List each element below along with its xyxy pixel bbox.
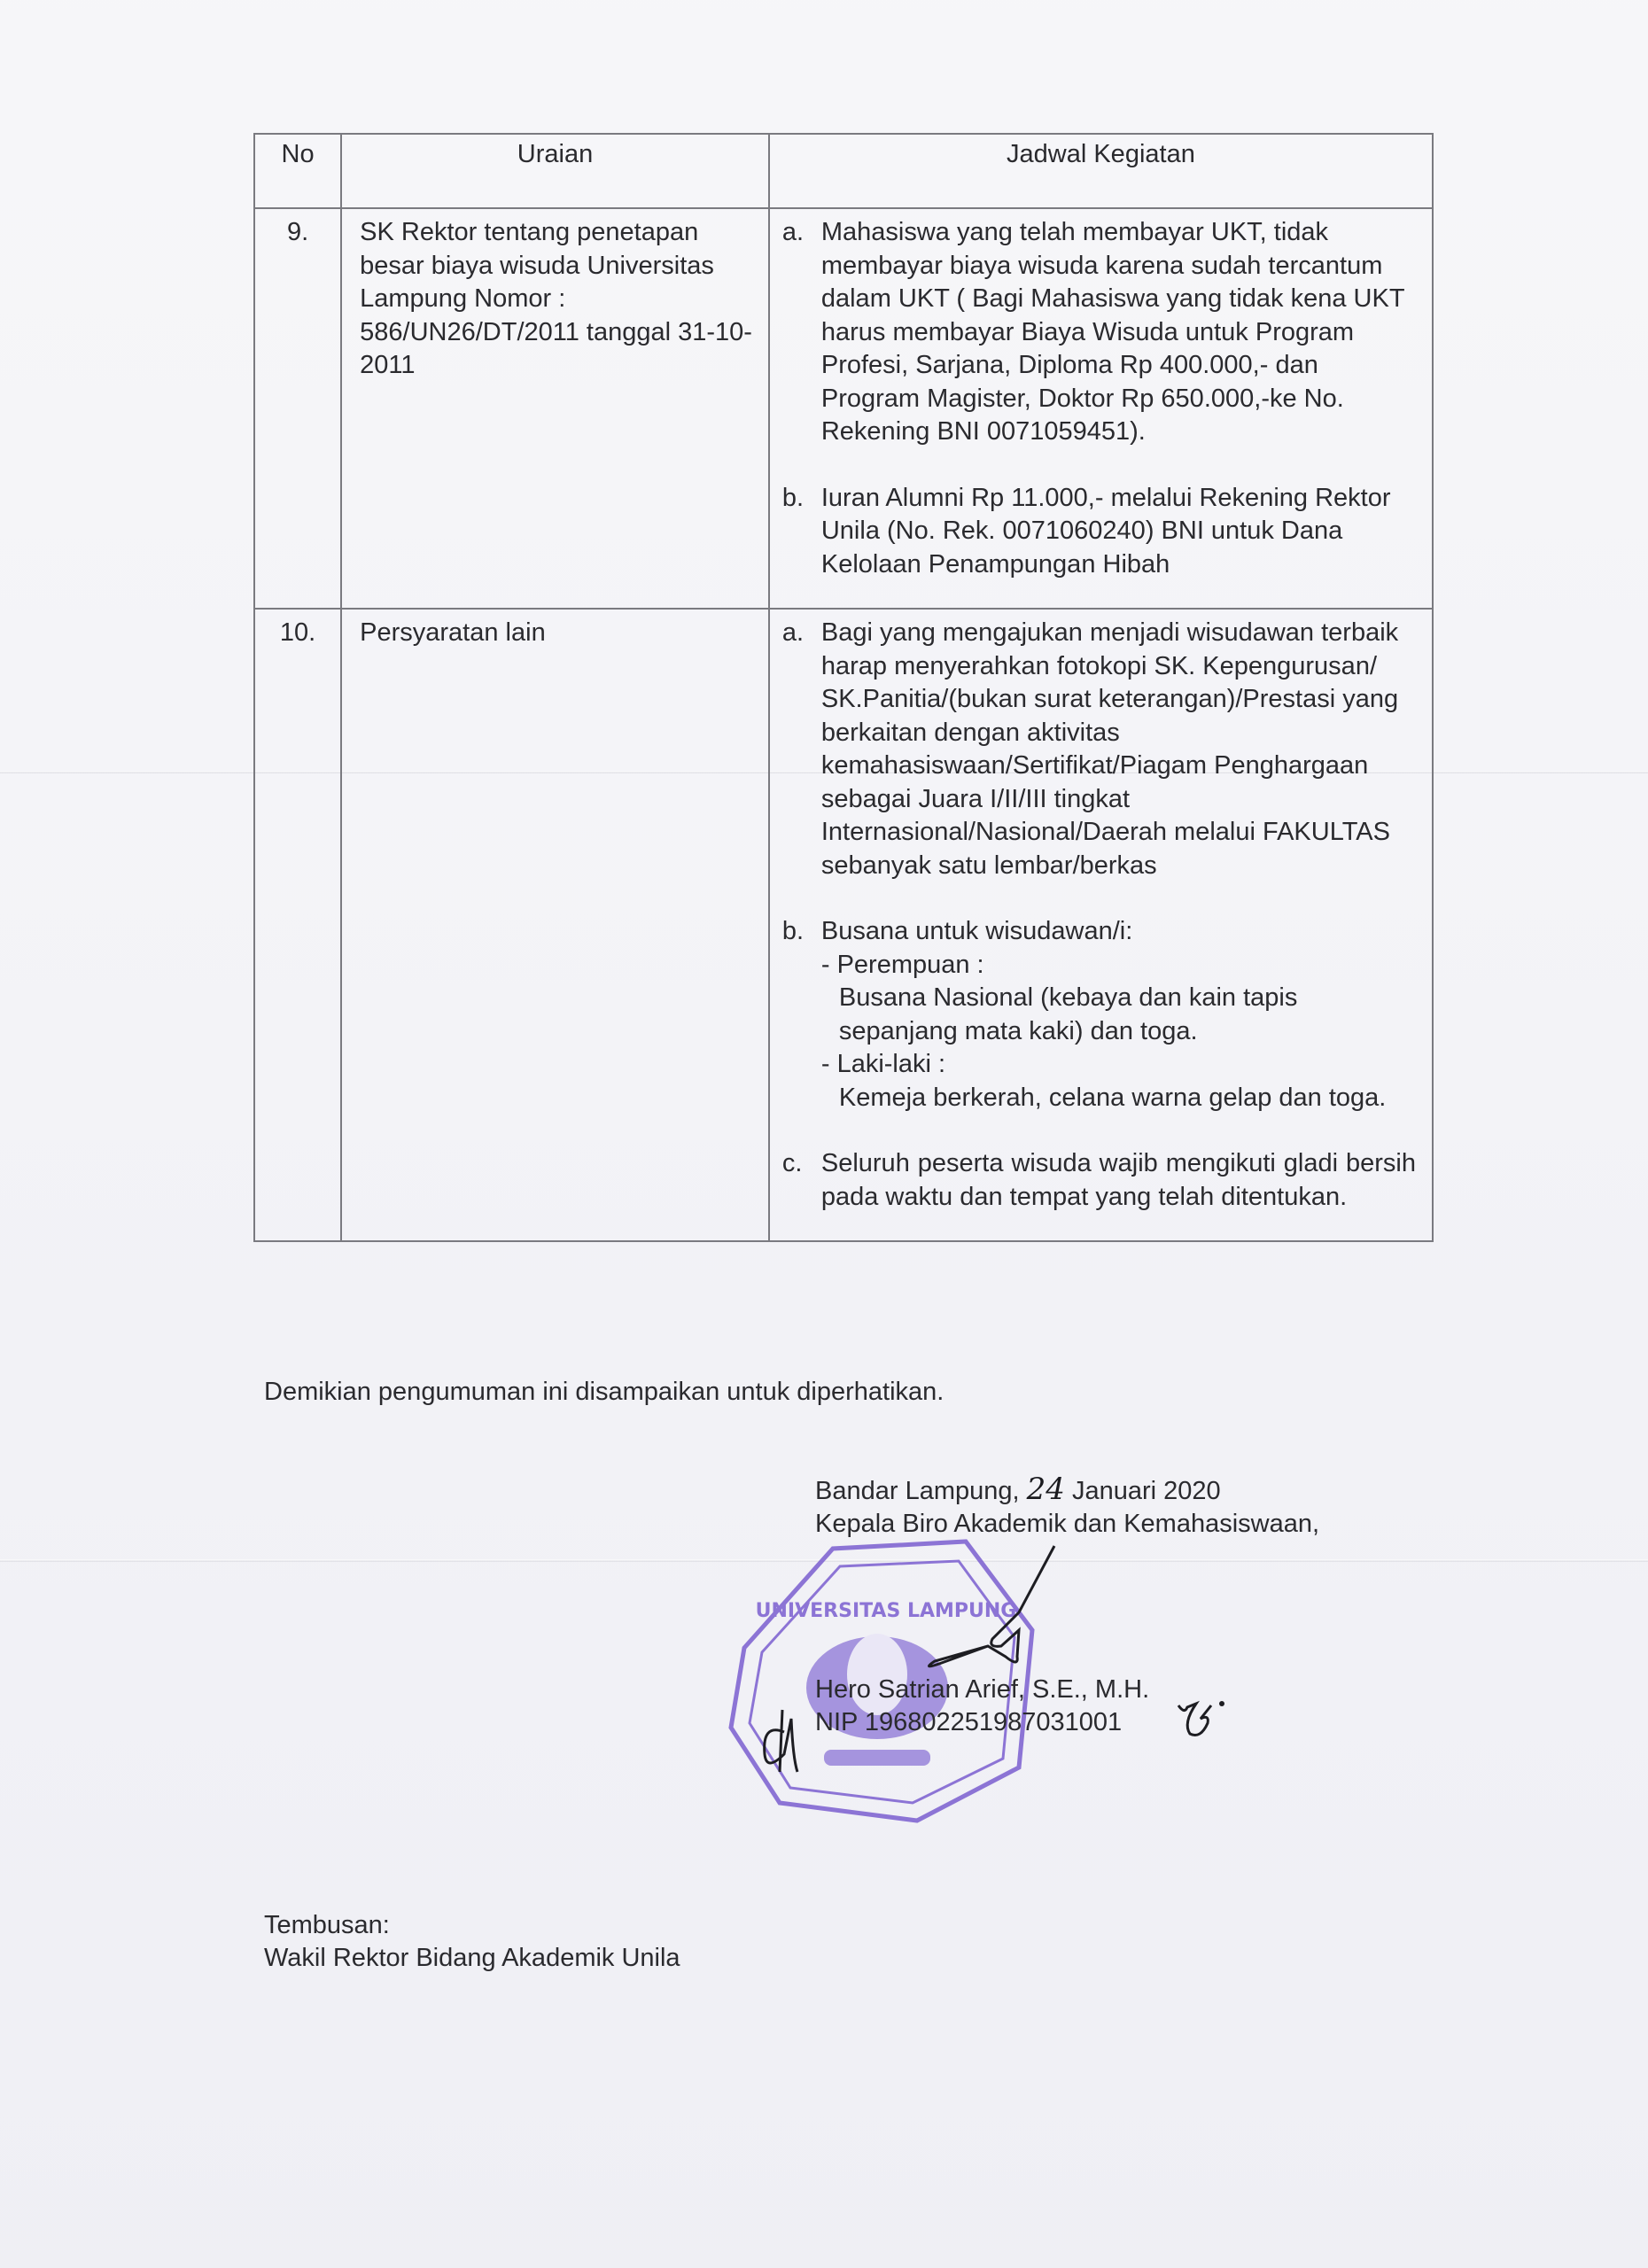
header-uraian: Uraian	[341, 134, 769, 208]
closing-statement: Demikian pengumuman ini disampaikan untu…	[264, 1378, 944, 1407]
handwritten-day: 24	[1027, 1472, 1065, 1507]
carbon-copy: Tembusan: Wakil Rektor Bidang Akademik U…	[264, 1909, 680, 1975]
handwritten-signature-icon	[886, 1542, 1063, 1683]
list-item-attire: b. Busana untuk wisudawan/i: - Perempuan…	[782, 915, 1416, 1115]
cc-recipient: Wakil Rektor Bidang Akademik Unila	[264, 1942, 680, 1975]
initial-mark-icon	[1174, 1697, 1227, 1741]
row-schedule: a. Bagi yang mengajukan menjadi wisudawa…	[769, 609, 1433, 1241]
schedule-table: No Uraian Jadwal Kegiatan 9. SK Rektor t…	[253, 133, 1434, 1242]
list-item: a. Bagi yang mengajukan menjadi wisudawa…	[782, 617, 1416, 882]
header-no: No	[254, 134, 341, 208]
male-attire-label: - Laki-laki :	[821, 1048, 1416, 1082]
table-row: 10. Persyaratan lain a. Bagi yang mengaj…	[254, 609, 1433, 1241]
row-description: Persyaratan lain	[341, 609, 769, 1241]
row-number: 9.	[254, 208, 341, 609]
male-attire-text: Kemeja berkerah, celana warna gelap dan …	[821, 1082, 1416, 1115]
signatory-nip: NIP 196802251987031001	[815, 1706, 1319, 1739]
table-row: 9. SK Rektor tentang penetapan besar bia…	[254, 208, 1433, 609]
female-attire-text: Busana Nasional (kebaya dan kain tapis s…	[821, 982, 1416, 1048]
place-date: Bandar Lampung, 24 Januari 2020	[815, 1473, 1319, 1508]
list-item: b. Iuran Alumni Rp 11.000,- melalui Reke…	[782, 482, 1416, 582]
signatory-position: Kepala Biro Akademik dan Kemahasiswaan,	[815, 1508, 1319, 1541]
table-header-row: No Uraian Jadwal Kegiatan	[254, 134, 1433, 208]
initial-mark-icon	[758, 1705, 802, 1776]
row-schedule: a. Mahasiswa yang telah membayar UKT, ti…	[769, 208, 1433, 609]
list-item: c. Seluruh peserta wisuda wajib mengikut…	[782, 1147, 1416, 1214]
row-number: 10.	[254, 609, 341, 1241]
row-description: SK Rektor tentang penetapan besar biaya …	[341, 208, 769, 609]
header-jadwal: Jadwal Kegiatan	[769, 134, 1433, 208]
cc-label: Tembusan:	[264, 1909, 680, 1942]
list-item: a. Mahasiswa yang telah membayar UKT, ti…	[782, 216, 1416, 449]
female-attire-label: - Perempuan :	[821, 949, 1416, 983]
